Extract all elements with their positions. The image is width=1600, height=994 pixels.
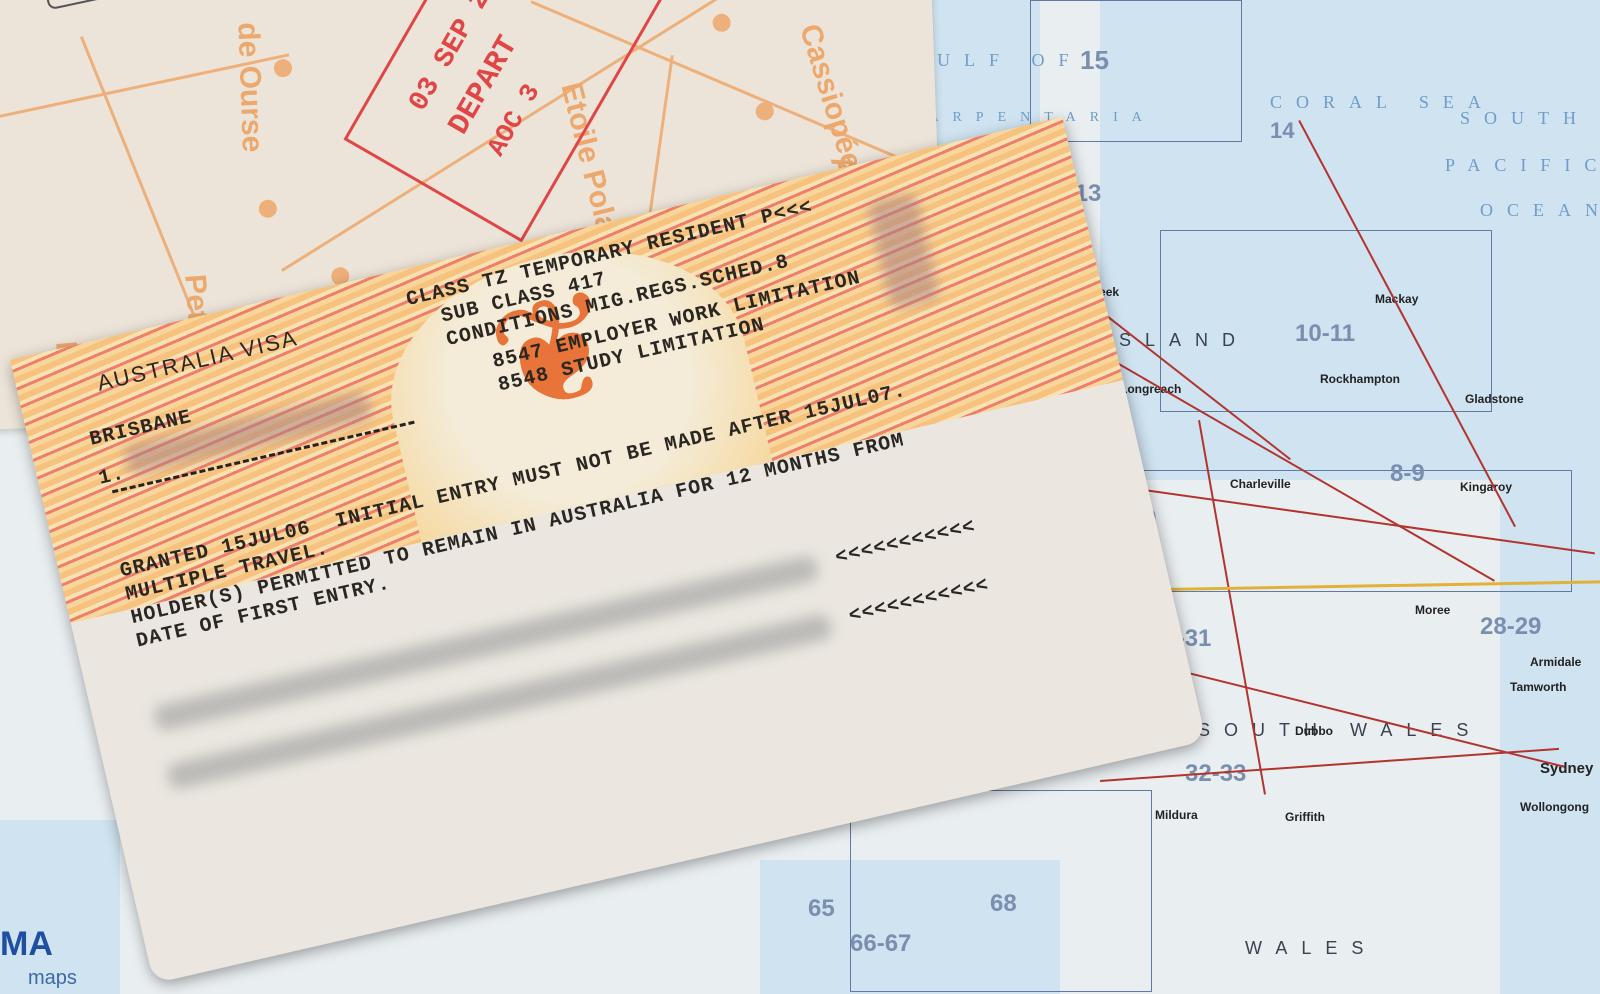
city-label: Charleville [1230, 477, 1291, 491]
sea-label: SOUTH [1460, 108, 1590, 129]
city-label: Dubbo [1295, 724, 1333, 738]
visa-title: AUSTRALIA VISA [95, 325, 301, 397]
map-brand-sub: maps [28, 967, 77, 990]
visa-line-number: 1. [97, 462, 128, 490]
page-ref: 8-9 [1390, 460, 1425, 488]
city-label: Gladstone [1465, 392, 1524, 406]
page-ref: 66-67 [850, 930, 911, 958]
redacted-photo-strip [867, 192, 940, 310]
map-brand-logo: MA [0, 925, 53, 964]
city-label: Kingaroy [1460, 480, 1512, 494]
mrz-fill: <<<<<<<<<<< [847, 574, 992, 629]
sea-label: GULF OF [910, 50, 1083, 71]
constellation-label: de Ourse [230, 22, 269, 153]
road [1100, 748, 1559, 782]
star-dot [259, 199, 278, 218]
sea-label: PACIFIC [1445, 155, 1600, 176]
photo-scene: GULF OF CARPENTARIA CORAL SEA SOUTH PACI… [0, 0, 1600, 994]
star-dot [712, 13, 731, 32]
mrz-fill: <<<<<<<<<<< [833, 515, 978, 570]
page-ref: 68 [990, 890, 1017, 918]
city-label: Tamworth [1510, 680, 1566, 694]
state-label: WALES [1245, 938, 1377, 959]
page-ref: 65 [808, 895, 835, 923]
sea-label: OCEAN [1480, 200, 1600, 221]
departure-stamp: 03 SEP 2004 DEPART AOC 3 [343, 0, 679, 242]
city-label: Armidale [1530, 655, 1581, 669]
constellation-label: Cassiopée [792, 20, 868, 173]
star-dot [755, 102, 774, 121]
city-label: Wollongong [1520, 800, 1589, 814]
partial-entry-stamp: AUST [36, 0, 268, 10]
page-ref: 14 [1270, 118, 1294, 144]
city-label: Mildura [1155, 808, 1198, 822]
page-ref: 28-29 [1480, 613, 1541, 641]
city-label: Griffith [1285, 810, 1325, 824]
star-dot [274, 59, 293, 78]
city-label: Moree [1415, 603, 1450, 617]
page-ref: 15 [1080, 45, 1109, 76]
page-ref: 10-11 [1295, 320, 1355, 348]
city-label: Rockhampton [1320, 372, 1400, 386]
